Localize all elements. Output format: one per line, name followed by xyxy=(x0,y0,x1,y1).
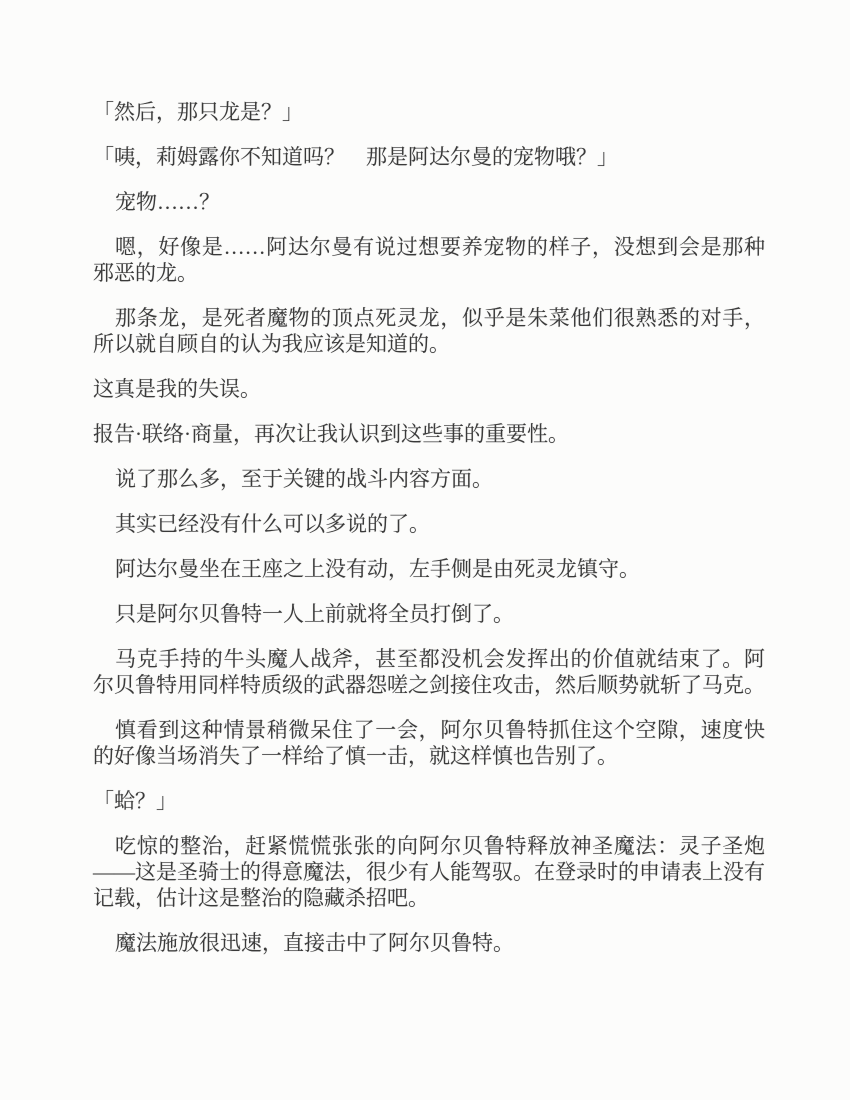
paragraph: 吃惊的整治，赶紧慌慌张张的向阿尔贝鲁特释放神圣魔法：灵子圣炮——这是圣骑士的得意… xyxy=(93,833,765,911)
paragraph: 魔法施放很迅速，直接击中了阿尔贝鲁特。 xyxy=(93,930,765,956)
paragraph: 这真是我的失误。 xyxy=(93,376,765,402)
paragraph: 报告·联络·商量，再次让我认识到这些事的重要性。 xyxy=(93,421,765,447)
paragraph: 慎看到这种情景稍微呆住了一会，阿尔贝鲁特抓住这个空隙，速度快的好像当场消失了一样… xyxy=(93,717,765,769)
paragraph: 「咦，莉姆露你不知道吗？ 那是阿达尔曼的宠物哦？」 xyxy=(93,144,765,170)
paragraph: 「蛤？」 xyxy=(93,788,765,814)
paragraph: 那条龙，是死者魔物的顶点死灵龙，似乎是朱菜他们很熟悉的对手，所以就自顾自的认为我… xyxy=(93,305,765,357)
paragraph: 阿达尔曼坐在王座之上没有动，左手侧是由死灵龙镇守。 xyxy=(93,556,765,582)
paragraph: 只是阿尔贝鲁特一人上前就将全员打倒了。 xyxy=(93,601,765,627)
paragraph: 「然后，那只龙是？」 xyxy=(93,99,765,125)
novel-reader-page: 「然后，那只龙是？」「咦，莉姆露你不知道吗？ 那是阿达尔曼的宠物哦？」宠物……？… xyxy=(0,0,850,1100)
paragraph: 马克手持的牛头魔人战斧，甚至都没机会发挥出的价值就结束了。阿尔贝鲁特用同样特质级… xyxy=(93,646,765,698)
paragraph: 其实已经没有什么可以多说的了。 xyxy=(93,511,765,537)
novel-text-content: 「然后，那只龙是？」「咦，莉姆露你不知道吗？ 那是阿达尔曼的宠物哦？」宠物……？… xyxy=(93,99,765,975)
paragraph: 嗯，好像是……阿达尔曼有说过想要养宠物的样子，没想到会是那种邪恶的龙。 xyxy=(93,234,765,286)
paragraph: 说了那么多，至于关键的战斗内容方面。 xyxy=(93,466,765,492)
paragraph: 宠物……？ xyxy=(93,189,765,215)
